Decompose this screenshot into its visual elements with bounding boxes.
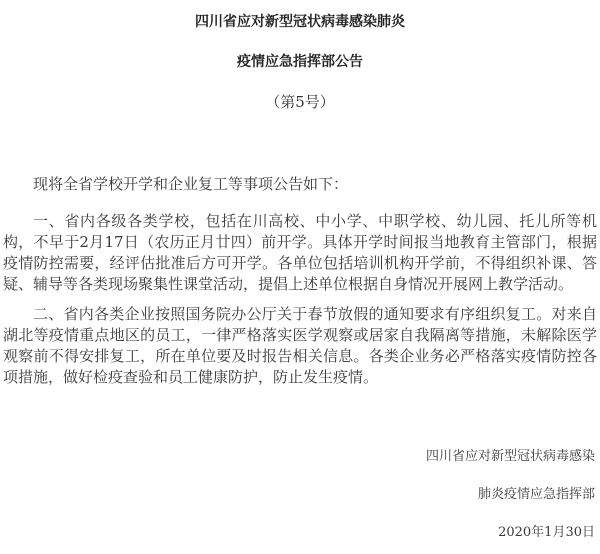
signature-line2: 肺炎疫情应急指挥部 [3,476,595,514]
announcement-document: 四川省应对新型冠状病毒感染肺炎 疫情应急指挥部公告 （第5号） 现将全省学校开学… [0,0,600,554]
signature-line1: 四川省应对新型冠状病毒感染 [3,438,595,476]
signature-block: 四川省应对新型冠状病毒感染 肺炎疫情应急指挥部 2020年1月30日 [3,438,597,552]
intro-paragraph: 现将全省学校开学和企业复工等事项公告如下： [3,174,597,195]
document-title-line2: 疫情应急指挥部公告 [3,52,597,72]
paragraph-schools: 一、省内各级各类学校，包括在川高校、中小学、中职学校、幼儿园、托儿所等机构，不早… [3,211,597,295]
paragraph-enterprises: 二、省内各类企业按照国务院办公厅关于春节放假的通知要求有序组织复工。对来自湖北等… [3,304,597,388]
document-number: （第5号） [3,92,597,112]
signature-date: 2020年1月30日 [3,514,595,552]
document-title-line1: 四川省应对新型冠状病毒感染肺炎 [3,0,597,32]
